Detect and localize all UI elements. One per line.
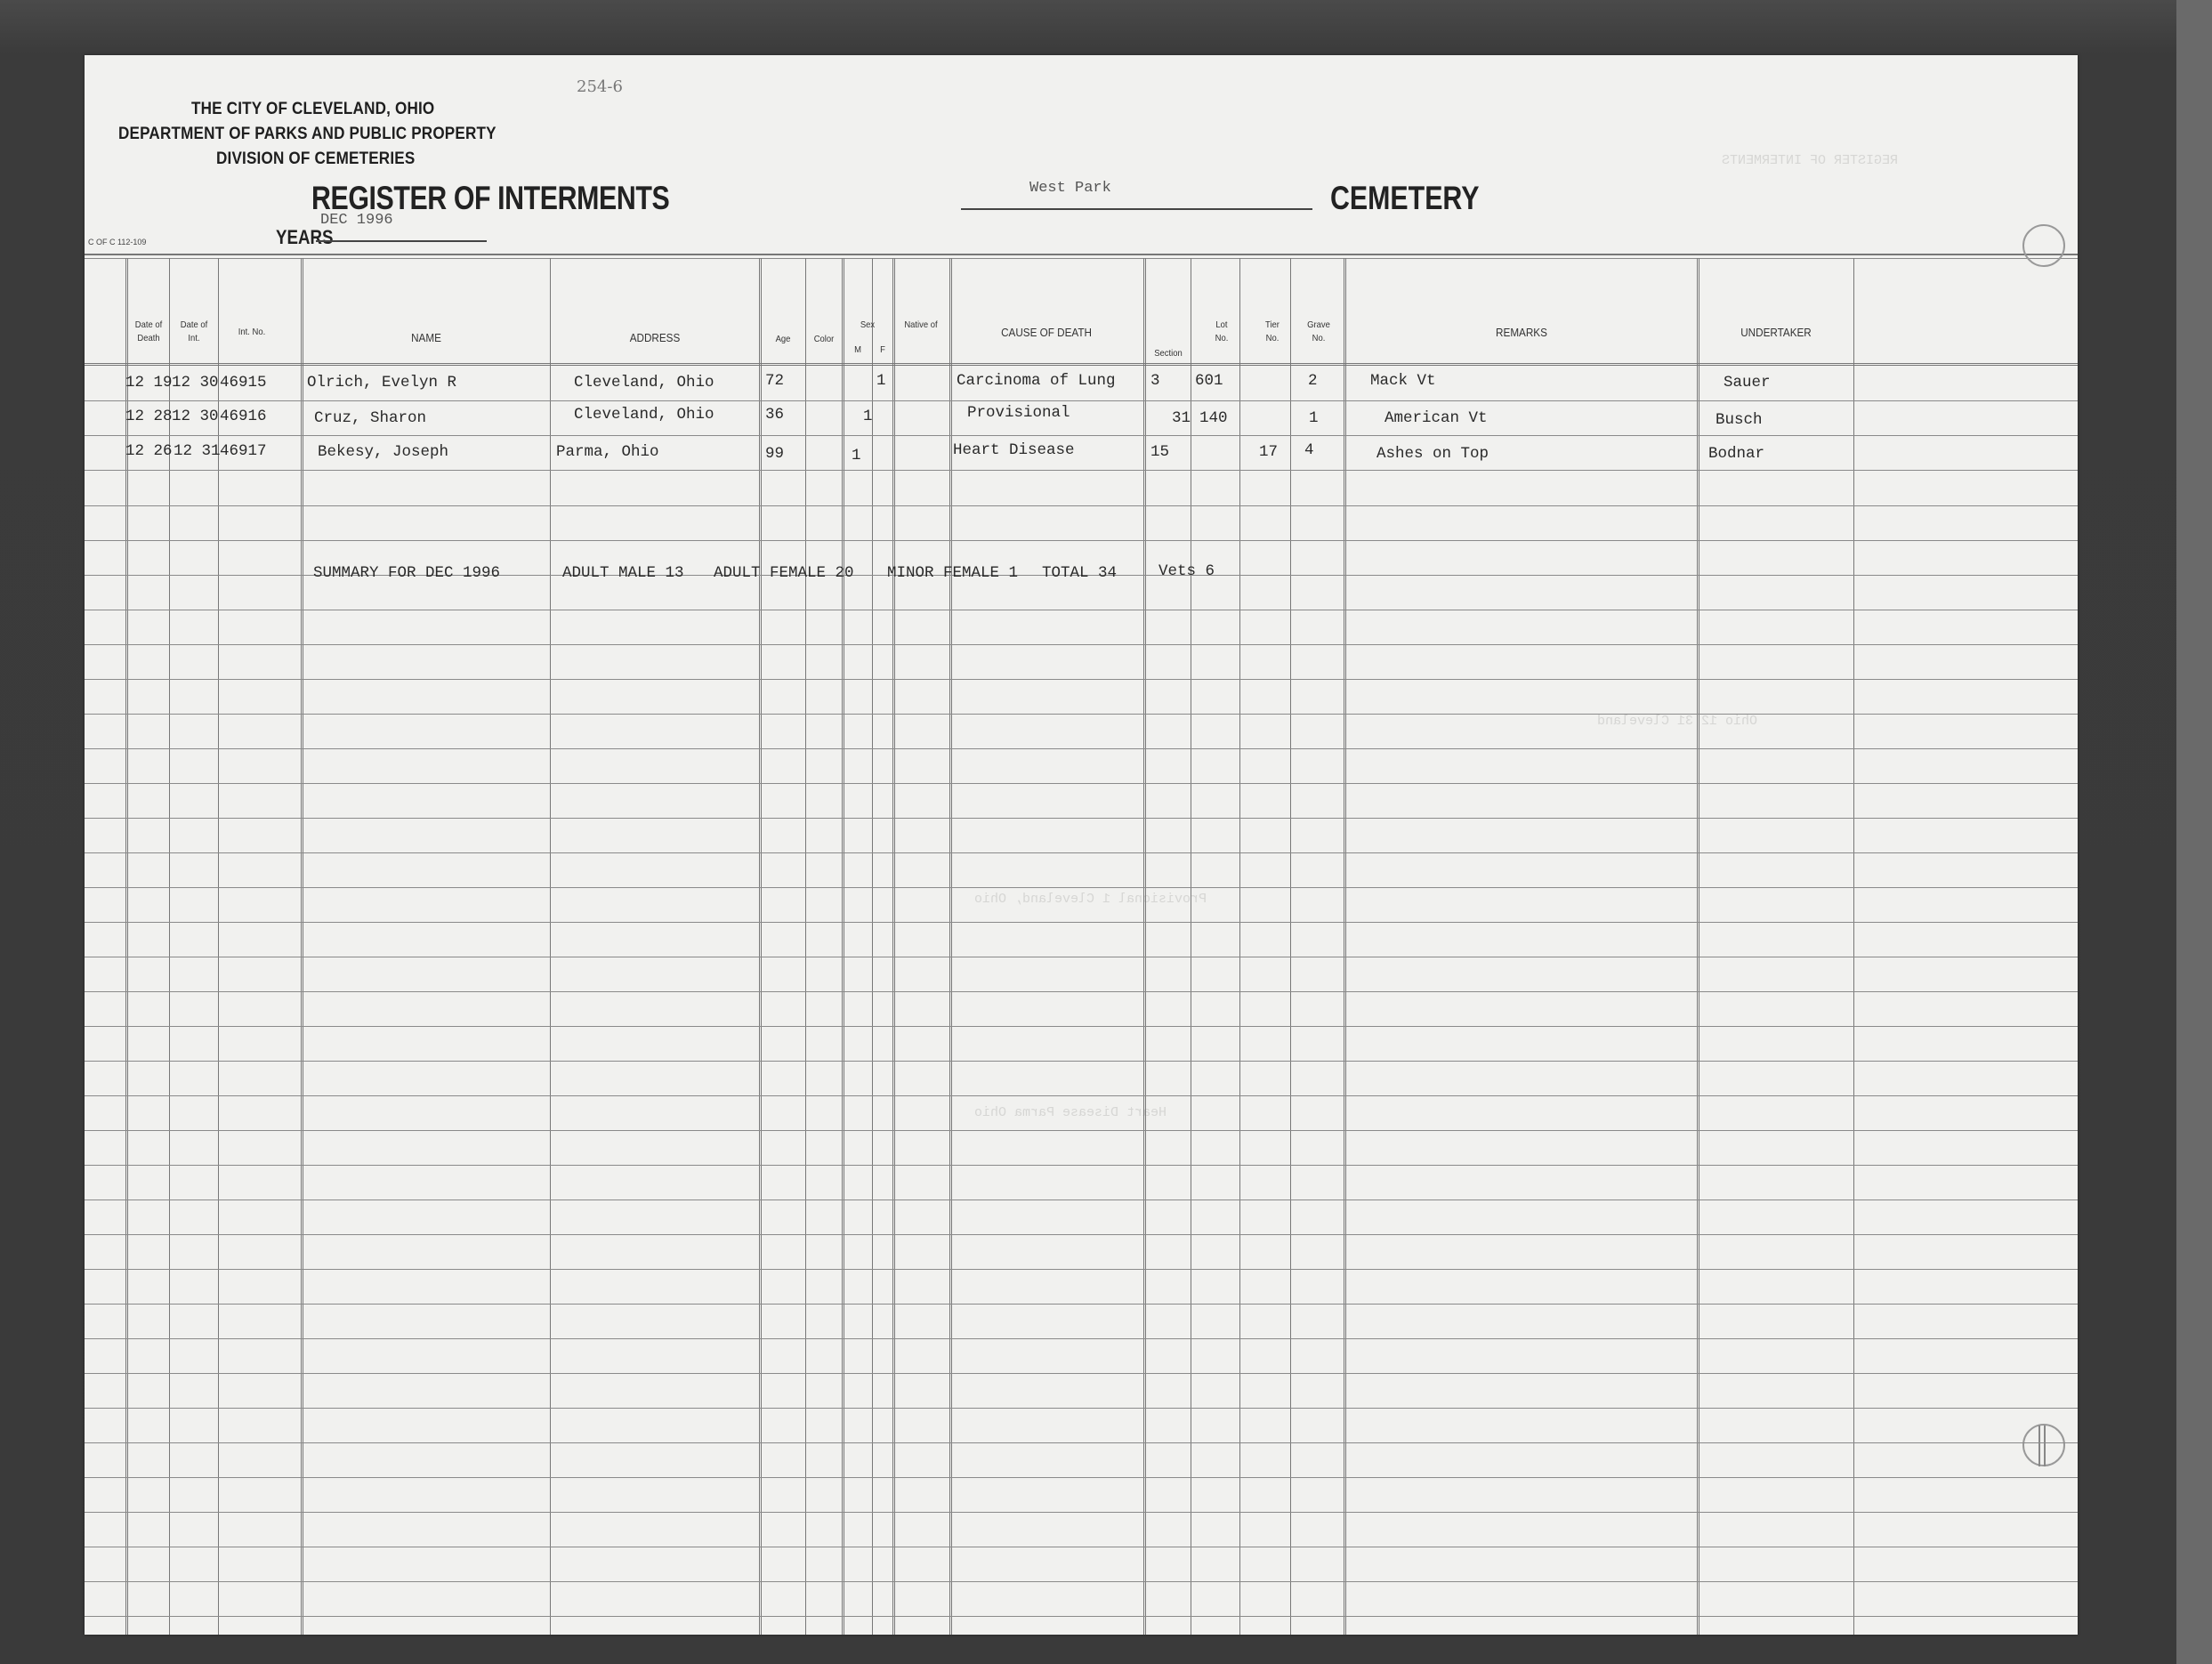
undertaker: Sauer [1724,374,1771,392]
summary-total: TOTAL 34 [1042,564,1117,582]
agency-division: DIVISION OF CEMETERIES [216,149,415,169]
header-rule [85,254,2078,255]
header-sex: Sex [848,319,888,332]
undertaker: Bodnar [1708,445,1764,463]
section: 31 [1172,409,1191,427]
agency-city: THE CITY OF CLEVELAND, OHIO [191,100,434,119]
address: Cleveland, Ohio [574,374,714,392]
cemetery-underline [961,208,1312,210]
cemetery-field: West Park [1029,180,1111,197]
form-code: C OF C 112-109 [88,238,146,246]
remarks: Ashes on Top [1376,445,1489,463]
remarks: American Vt [1385,409,1488,427]
register-page: 254-6 THE CITY OF CLEVELAND, OHIO DEPART… [85,55,2078,1635]
header-section: Section [1149,347,1187,360]
header-name: NAME [317,331,537,344]
lot-no: 140 [1199,409,1228,427]
cause-of-death: Heart Disease [953,441,1075,459]
age: 36 [765,406,784,424]
years-label: YEARS [276,226,333,249]
address: Cleveland, Ohio [574,406,714,424]
section: 3 [1150,372,1160,390]
header-age: Age [764,333,801,346]
date-of-int: 12 30 [172,408,219,425]
grave-no: 2 [1308,372,1318,390]
date-of-int: 12 31 [174,442,221,460]
lot-no: 601 [1195,372,1223,390]
interments-table: Date of Death Date of Int. Int. No. NAME… [85,258,2078,1635]
header-date-of-death: Date of Death [131,319,166,345]
summary-vets: Vets 6 [1158,562,1215,580]
age: 99 [765,445,784,463]
summary-adult-male: ADULT MALE 13 [562,564,684,582]
date-of-death: 12 26 [125,442,173,460]
age: 72 [765,372,784,390]
header-int-no: Int. No. [236,326,268,339]
cause-of-death: Carcinoma of Lung [957,372,1116,390]
date-of-death: 12 19 [125,374,173,392]
name: Bekesy, Joseph [318,443,448,461]
cause-of-death: Provisional [967,404,1070,422]
cemetery-label: CEMETERY [1330,180,1479,217]
int-no: 46917 [220,442,267,460]
sex-f: 1 [863,408,873,425]
header-address: ADDRESS [563,331,746,344]
header-sex-m: M [846,343,868,357]
name: Cruz, Sharon [314,409,426,427]
section: 15 [1150,443,1169,461]
date-of-int: 12 30 [172,374,219,392]
reference-number: 254-6 [577,77,623,96]
years-field: DEC 1996 [320,212,393,229]
sex-m: 1 [852,447,861,464]
undertaker: Busch [1716,411,1763,429]
header-grave-no: Grave No. [1301,319,1336,345]
header-tier-no: Tier No. [1259,319,1287,345]
header-sex-f: F [875,343,891,357]
header-undertaker: UNDERTAKER [1708,326,1845,339]
name: Olrich, Evelyn R [307,374,456,392]
header-native-of: Native of [903,319,939,332]
grave-no: 4 [1304,441,1314,459]
remarks: Mack Vt [1370,372,1436,390]
header-lot-no: Lot No. [1209,319,1235,345]
header-remarks: REMARKS [1366,326,1678,339]
summary-adult-female: ADULT FEMALE 20 [714,564,854,582]
header-date-of-int: Date of Int. [174,319,213,345]
summary-minor-female: MINOR FEMALE 1 [887,564,1018,582]
agency-department: DEPARTMENT OF PARKS AND PUBLIC PROPERTY [118,125,496,144]
scanner-edge [2176,0,2212,1664]
int-no: 46916 [220,408,267,425]
header-cause-of-death: CAUSE OF DEATH [963,326,1131,339]
date-of-death: 12 28 [125,408,173,425]
summary-label: SUMMARY FOR DEC 1996 [313,564,500,582]
grave-no: 1 [1309,409,1319,427]
int-no: 46915 [220,374,267,392]
tier-no: 17 [1259,443,1278,461]
address: Parma, Ohio [556,443,659,461]
years-underline [316,240,487,242]
bleed-through-text: REGISTER OF INTERMENTS [1722,153,1898,168]
sex-f: 1 [876,372,886,390]
header-color: Color [810,333,838,346]
